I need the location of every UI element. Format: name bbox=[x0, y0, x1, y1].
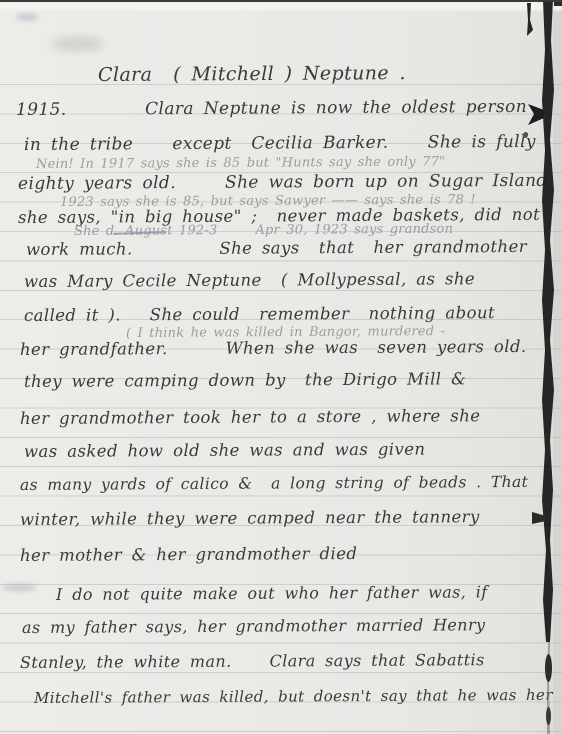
page-top-highlight bbox=[0, 1, 562, 12]
binding-blob bbox=[545, 654, 552, 682]
handwriting-line: they were camping down by the Dirigo Mil… bbox=[24, 369, 466, 391]
handwriting-line: called it ). She could remember nothing … bbox=[24, 303, 495, 326]
handwriting-line: Stanley, the white man. Clara says that … bbox=[20, 650, 485, 672]
handwriting-line: eighty years old. She was born up on Sug… bbox=[18, 171, 548, 195]
binding-blob bbox=[546, 707, 551, 725]
binding-shadow-band bbox=[542, 0, 554, 642]
photo-top-edge bbox=[0, 0, 562, 2]
pencil-annotation: Nein! In 1917 says she is 85 but "Hunts … bbox=[36, 154, 445, 172]
handwriting-line: her mother & her grandmother died bbox=[20, 544, 357, 566]
eraser-smudge bbox=[52, 36, 104, 52]
handwriting-line: her grandfather. When she was seven year… bbox=[20, 337, 527, 360]
handwriting-line: was Mary Cecile Neptune ( Mollypessal, a… bbox=[24, 269, 475, 292]
handwriting-line: winter, while they were camped near the … bbox=[20, 507, 480, 530]
handwriting-line: as many yards of calico & a long string … bbox=[20, 473, 528, 495]
scanned-notebook-page: Clara ( Mitchell ) Neptune . 1915. Clara… bbox=[0, 0, 562, 734]
handwriting-line: in the tribe except Cecilia Barker. She … bbox=[24, 132, 536, 156]
stitch-mark-upper bbox=[528, 104, 544, 125]
top-corner-stitch bbox=[527, 3, 533, 36]
handwriting-line: Mitchell's father was killed, but doesn'… bbox=[34, 686, 553, 707]
handwriting-line: her grandmother took her to a store , wh… bbox=[20, 406, 481, 429]
page-title-handwritten: Clara ( Mitchell ) Neptune . bbox=[98, 62, 406, 87]
handwriting-line: work much. She says that her grandmother bbox=[26, 237, 527, 260]
handwriting-line: I do not quite make out who her father w… bbox=[56, 582, 488, 604]
margin-smudge bbox=[2, 583, 36, 592]
handwriting-line: as my father says, her grandmother marri… bbox=[22, 615, 486, 637]
handwriting-line: was asked how old she was and was given bbox=[24, 440, 425, 462]
handwriting-line: 1915. Clara Neptune is now the oldest pe… bbox=[16, 97, 527, 121]
book-binding-gutter bbox=[520, 0, 562, 734]
faint-blue-smudge bbox=[16, 13, 38, 21]
